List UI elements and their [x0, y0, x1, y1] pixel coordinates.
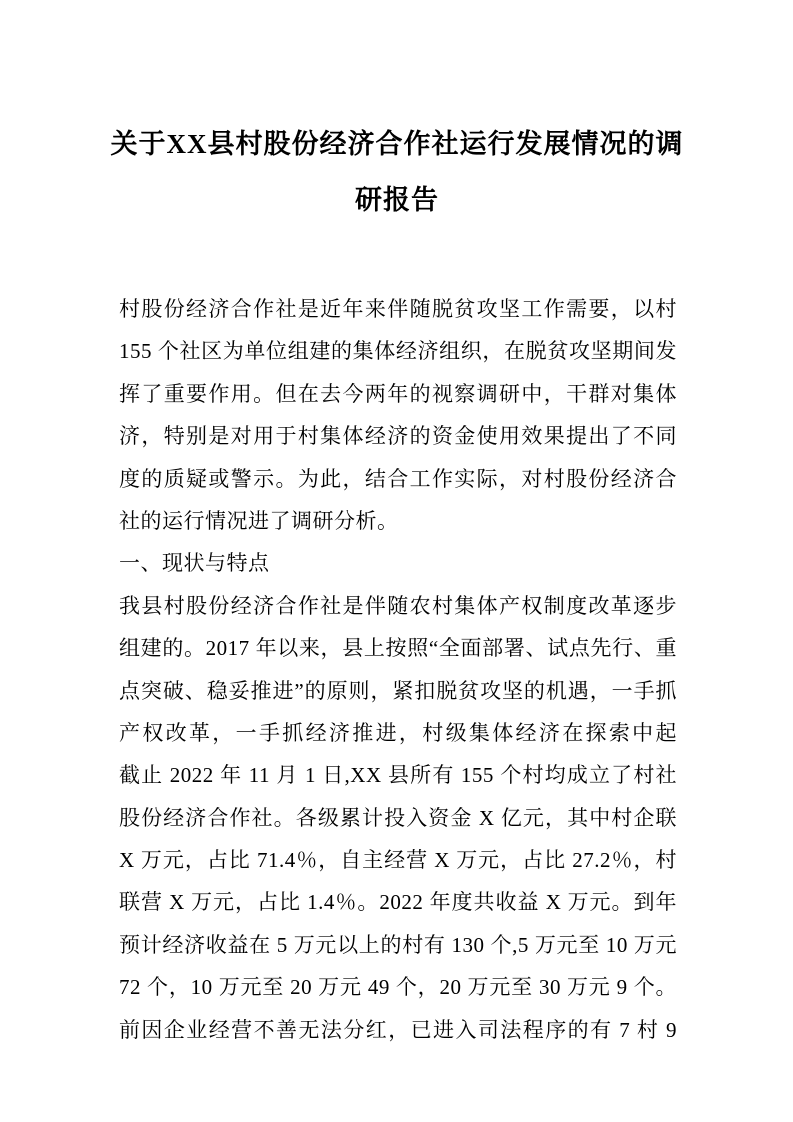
document-body: 村股份经济合作社是近年来伴随脱贫攻坚工作需要，以村 155 个社区为单位组建的集… [119, 288, 677, 1051]
body-text-line: X 万元，占比 71.4％，自主经营 X 万元，占比 27.2％，村村 [119, 839, 677, 881]
title-line-2: 研报告 [110, 172, 684, 228]
body-text-line: 济，特别是对用于村集体经济的资金使用效果提出了不同程 [119, 415, 677, 457]
body-text-line: 联营 X 万元，占比 1.4％。2022 年度共收益 X 万元。到年底 [119, 881, 677, 923]
document-page: 关于XX县村股份经济合作社运行发展情况的调 研报告 村股份经济合作社是近年来伴随… [0, 0, 793, 1122]
body-text-line: 度的质疑或警示。为此，结合工作实际，对村股份经济合作 [119, 458, 677, 500]
title-line-1: 关于XX县村股份经济合作社运行发展情况的调 [110, 116, 684, 172]
body-text-line: 点突破、稳妥推进”的原则，紧扣脱贫攻坚的机遇，一手抓 [119, 670, 677, 712]
body-text-line: 前因企业经营不善无法分红，已进入司法程序的有 7 村 9 企 [119, 1009, 677, 1051]
body-text-line: 72 个，10 万元至 20 万元 49 个，20 万元至 30 万元 9 个。… [119, 966, 677, 1008]
document-title: 关于XX县村股份经济合作社运行发展情况的调 研报告 [110, 116, 684, 228]
body-text-line: 产权改革，一手抓经济推进，村级集体经济在探索中起步。 [119, 712, 677, 754]
body-text-line: 我县村股份经济合作社是伴随农村集体产权制度改革逐步 [119, 585, 677, 627]
body-text-line: 截止 2022 年 11 月 1 日,XX 县所有 155 个村均成立了村社区 [119, 754, 677, 796]
body-text-line: 155 个社区为单位组建的集体经济组织，在脱贫攻坚期间发 [119, 330, 677, 372]
body-text-line: 预计经济收益在 5 万元以上的村有 130 个,5 万元至 10 万元 [119, 924, 677, 966]
body-text-line: 股份经济合作社。各级累计投入资金 X 亿元，其中村企联营 [119, 797, 677, 839]
body-text-line: 村股份经济合作社是近年来伴随脱贫攻坚工作需要，以村 [119, 288, 677, 330]
body-text-line: 组建的。2017 年以来，县上按照“全面部署、试点先行、重 [119, 627, 677, 669]
body-text-line: 社的运行情况进了调研分析。 [119, 500, 677, 542]
body-text-line: 挥了重要作用。但在去今两年的视察调研中，干群对集体经 [119, 373, 677, 415]
section-heading: 一、现状与特点 [119, 542, 677, 584]
